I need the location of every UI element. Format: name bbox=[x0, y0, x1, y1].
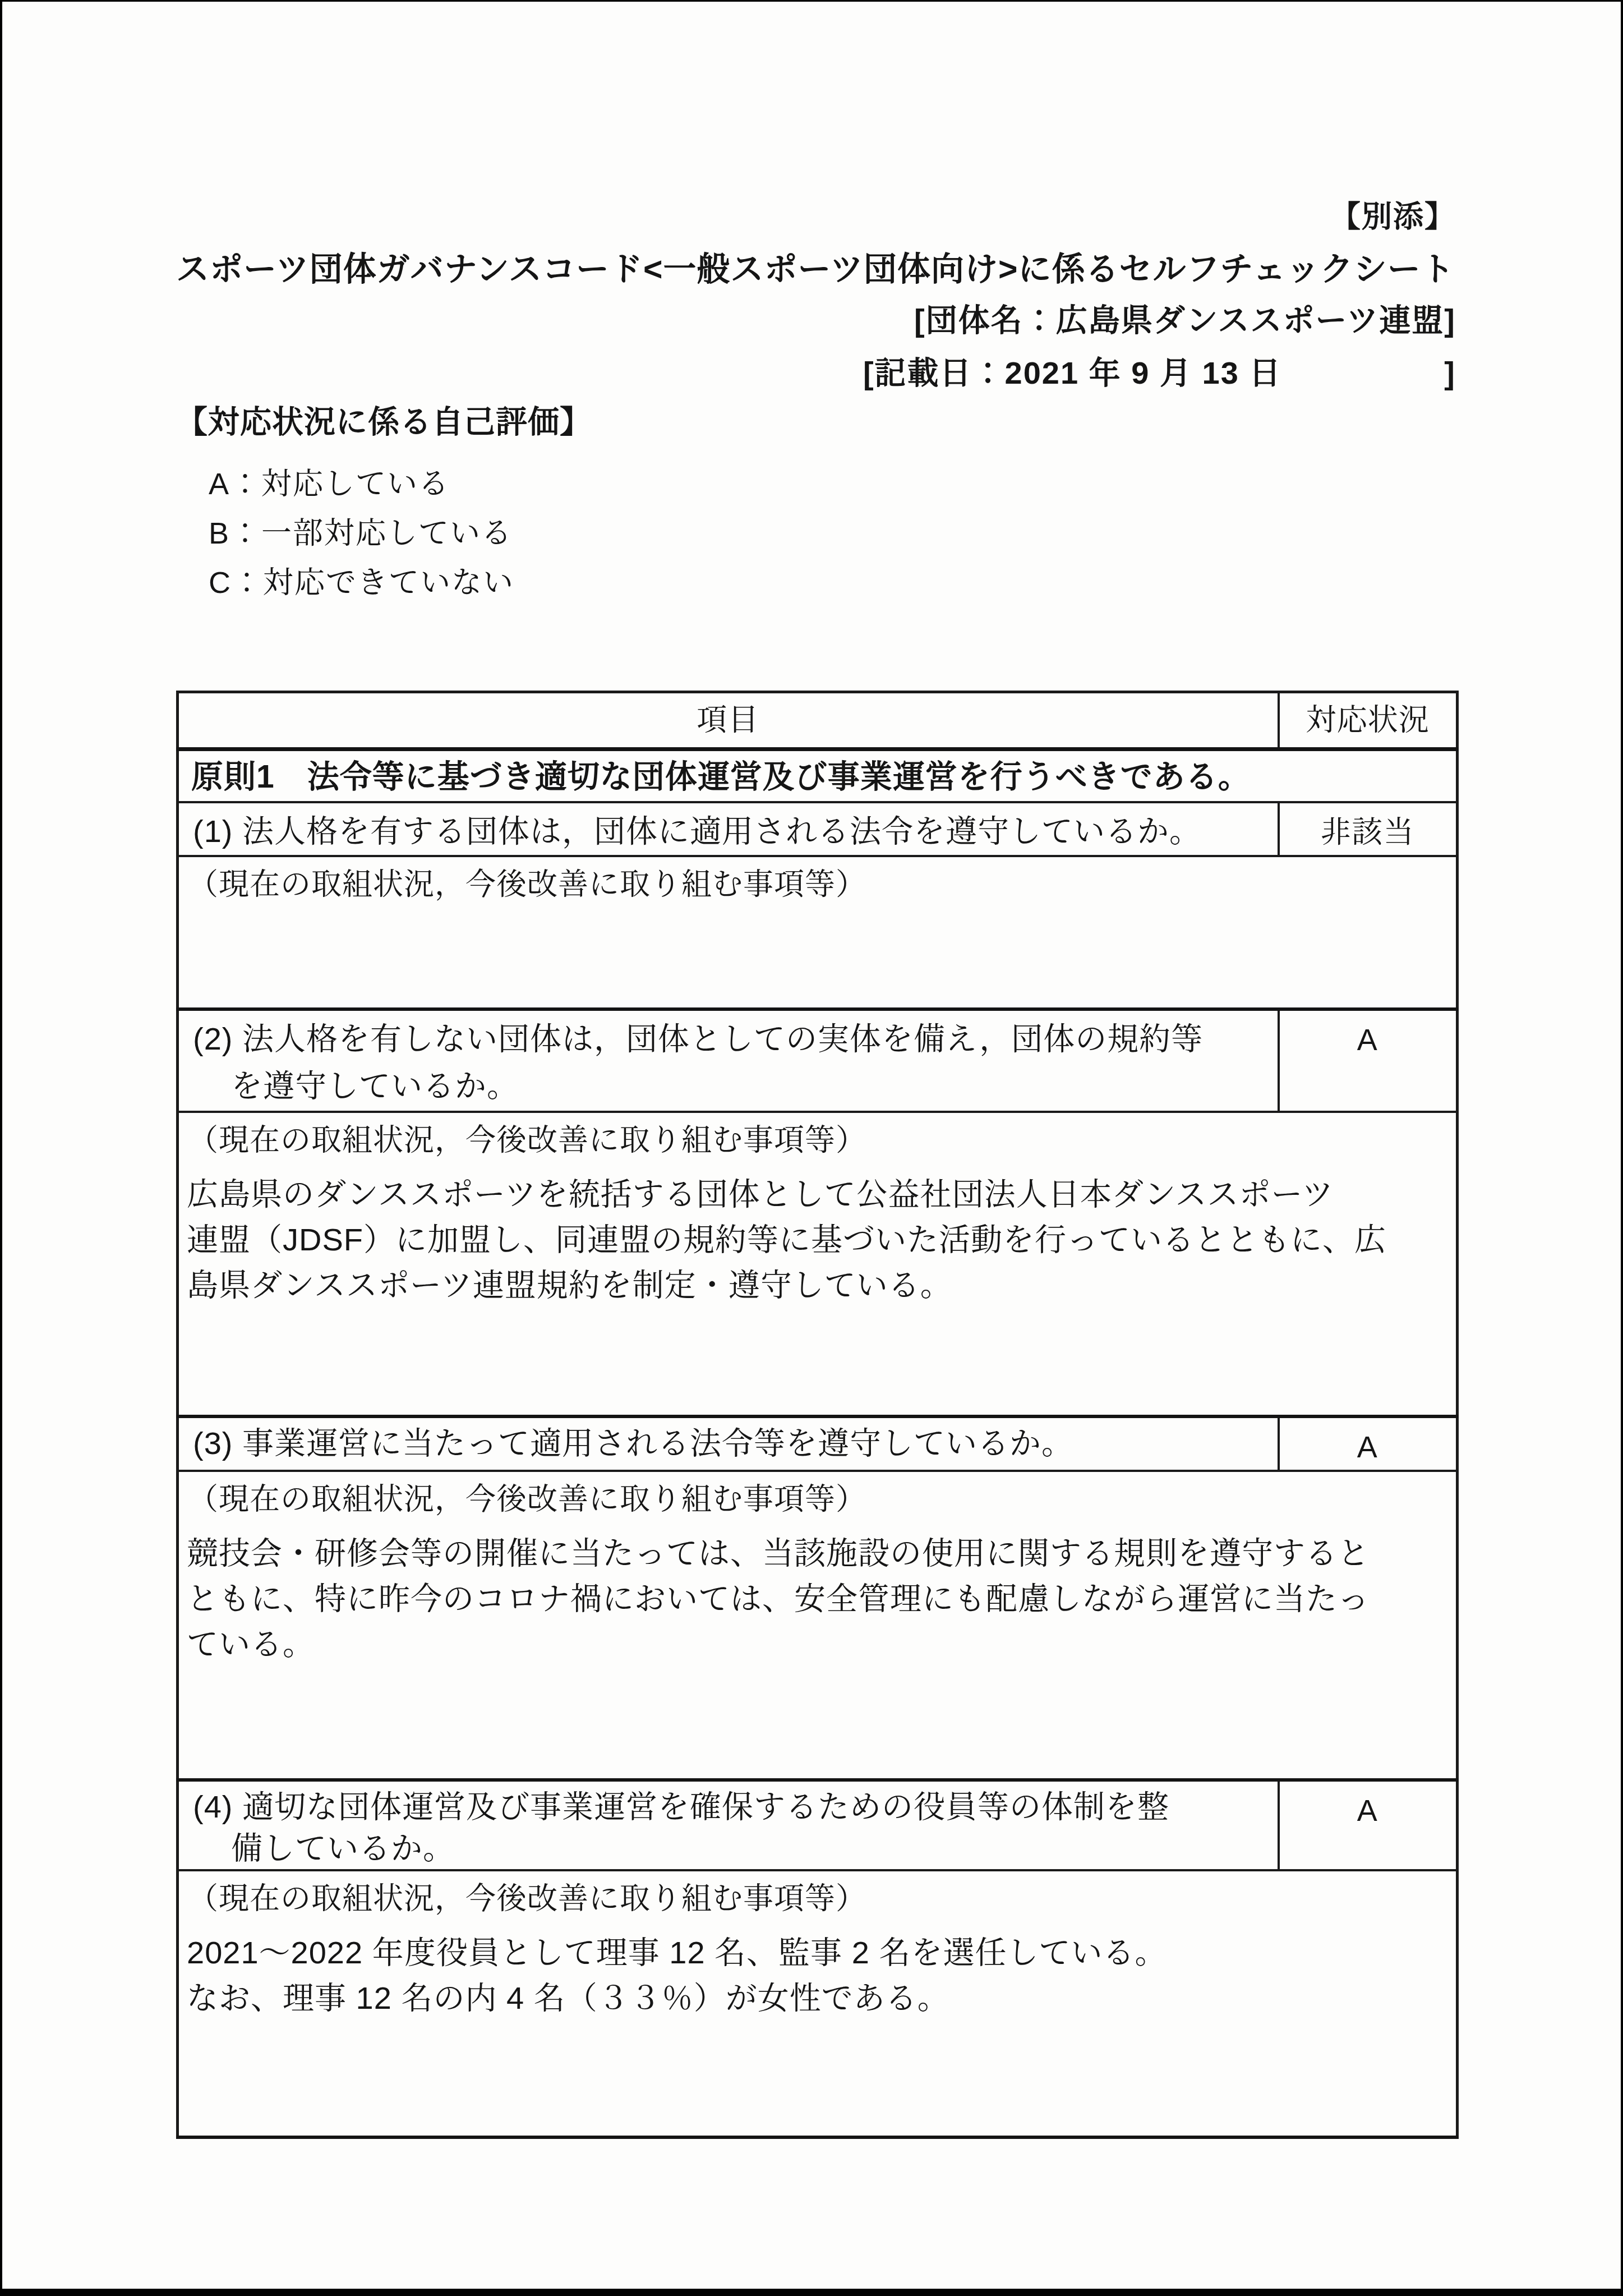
organization-name-line: [団体名：広島県ダンススポーツ連盟] bbox=[176, 302, 1456, 338]
question-row-2: (2) 法人格を有しない団体は，団体としての実体を備え，団体の規約等 を遵守して… bbox=[178, 1009, 1458, 1112]
header-cell-status: 対応状況 bbox=[1279, 692, 1458, 749]
scanned-selfcheck-sheet-page: 【別添】 スポーツ団体ガバナンスコード<一般スポーツ団体向け>に係るセルフチェッ… bbox=[0, 0, 1623, 2296]
comment-2-cell: （現在の取組状況，今後改善に取り組む事項等） 広島県のダンススポーツを統括する団… bbox=[178, 1112, 1458, 1416]
question-4-text: (4) 適切な団体運営及び事業運営を確保するための役員等の体制を整 備しているか… bbox=[179, 1782, 1278, 1869]
self-evaluation-legend-heading: 【対応状況に係る自己評価】 bbox=[176, 403, 1456, 440]
question-row-1: (1) 法人格を有する団体は，団体に適用される法令を遵守しているか。 非該当 bbox=[178, 802, 1458, 856]
table-header-row: 項目 対応状況 bbox=[178, 692, 1458, 749]
comment-row-2: （現在の取組状況，今後改善に取り組む事項等） 広島県のダンススポーツを統括する団… bbox=[178, 1112, 1458, 1416]
question-3-text: (3) 事業運営に当たって適用される法令等を遵守しているか。 bbox=[179, 1418, 1278, 1464]
header-status-label: 対応状況 bbox=[1280, 693, 1456, 747]
comment-4-label: （現在の取組状況，今後改善に取り組む事項等） bbox=[179, 1871, 1456, 1922]
comment-row-3: （現在の取組状況，今後改善に取り組む事項等） 競技会・研修会等の開催に当たっては… bbox=[178, 1471, 1458, 1780]
comment-3-body: 競技会・研修会等の開催に当たっては、当該施設の使用に関する規則を遵守すると とも… bbox=[179, 1522, 1456, 1667]
question-1-text: (1) 法人格を有する団体は，団体に適用される法令を遵守しているか。 bbox=[179, 803, 1278, 855]
question-4-cell: (4) 適切な団体運営及び事業運営を確保するための役員等の体制を整 備しているか… bbox=[178, 1780, 1279, 1870]
legend-item-c: C：対応できていない bbox=[176, 558, 1456, 608]
status-1-cell: 非該当 bbox=[1279, 802, 1458, 856]
document-title: スポーツ団体ガバナンスコード<一般スポーツ団体向け>に係るセルフチェックシート bbox=[176, 251, 1456, 288]
entry-date-line: [記載日：2021 年 9 月 13 日 ] bbox=[176, 355, 1456, 391]
comment-3-cell: （現在の取組状況，今後改善に取り組む事項等） 競技会・研修会等の開催に当たっては… bbox=[178, 1471, 1458, 1780]
status-2-value: A bbox=[1280, 1011, 1456, 1062]
question-2-text: (2) 法人格を有しない団体は，団体としての実体を備え，団体の規約等 を遵守して… bbox=[179, 1011, 1278, 1110]
status-1-value: 非該当 bbox=[1280, 803, 1456, 855]
comment-2-body: 広島県のダンススポーツを統括する団体として公益社団法人日本ダンススポーツ 連盟（… bbox=[179, 1163, 1456, 1308]
comment-row-4: （現在の取組状況，今後改善に取り組む事項等） 2021〜2022 年度役員として… bbox=[178, 1870, 1458, 2137]
comment-1-body bbox=[179, 908, 1456, 915]
header-cell-item: 項目 bbox=[178, 692, 1279, 749]
status-4-value: A bbox=[1280, 1782, 1456, 1833]
attachment-label: 【別添】 bbox=[176, 199, 1456, 235]
question-2-cell: (2) 法人格を有しない団体は，団体としての実体を備え，団体の規約等 を遵守して… bbox=[178, 1009, 1279, 1112]
comment-1-label: （現在の取組状況，今後改善に取り組む事項等） bbox=[179, 857, 1456, 908]
question-3-cell: (3) 事業運営に当たって適用される法令等を遵守しているか。 bbox=[178, 1416, 1279, 1471]
selfcheck-table: 項目 対応状況 原則1 法令等に基づき適切な団体運営及び事業運営を行うべきである… bbox=[176, 691, 1459, 2139]
comment-1-cell: （現在の取組状況，今後改善に取り組む事項等） bbox=[178, 856, 1458, 1009]
legend-item-b: B：一部対応している bbox=[176, 509, 1456, 558]
status-3-cell: A bbox=[1279, 1416, 1458, 1471]
question-row-4: (4) 適切な団体運営及び事業運営を確保するための役員等の体制を整 備しているか… bbox=[178, 1780, 1458, 1870]
status-4-cell: A bbox=[1279, 1780, 1458, 1870]
question-1-cell: (1) 法人格を有する団体は，団体に適用される法令を遵守しているか。 bbox=[178, 802, 1279, 856]
comment-2-label: （現在の取組状況，今後改善に取り組む事項等） bbox=[179, 1113, 1456, 1163]
principle-row: 原則1 法令等に基づき適切な団体運営及び事業運営を行うべきである。 bbox=[178, 749, 1458, 803]
comment-row-1: （現在の取組状況，今後改善に取り組む事項等） bbox=[178, 856, 1458, 1009]
comment-4-body: 2021〜2022 年度役員として理事 12 名、監事 2 名を選任している。 … bbox=[179, 1922, 1456, 2021]
principle-cell: 原則1 法令等に基づき適切な団体運営及び事業運営を行うべきである。 bbox=[178, 749, 1458, 803]
principle-1-text: 原則1 法令等に基づき適切な団体運営及び事業運営を行うべきである。 bbox=[179, 751, 1456, 801]
legend-item-a: A：対応している bbox=[176, 459, 1456, 509]
comment-3-label: （現在の取組状況，今後改善に取り組む事項等） bbox=[179, 1472, 1456, 1522]
question-row-3: (3) 事業運営に当たって適用される法令等を遵守しているか。 A bbox=[178, 1416, 1458, 1471]
header-item-label: 項目 bbox=[179, 693, 1278, 747]
document-content: 【別添】 スポーツ団体ガバナンスコード<一般スポーツ団体向け>に係るセルフチェッ… bbox=[176, 2, 1456, 2139]
status-3-value: A bbox=[1280, 1418, 1456, 1470]
comment-4-cell: （現在の取組状況，今後改善に取り組む事項等） 2021〜2022 年度役員として… bbox=[178, 1870, 1458, 2137]
status-2-cell: A bbox=[1279, 1009, 1458, 1112]
self-evaluation-legend: A：対応している B：一部対応している C：対応できていない bbox=[176, 459, 1456, 608]
